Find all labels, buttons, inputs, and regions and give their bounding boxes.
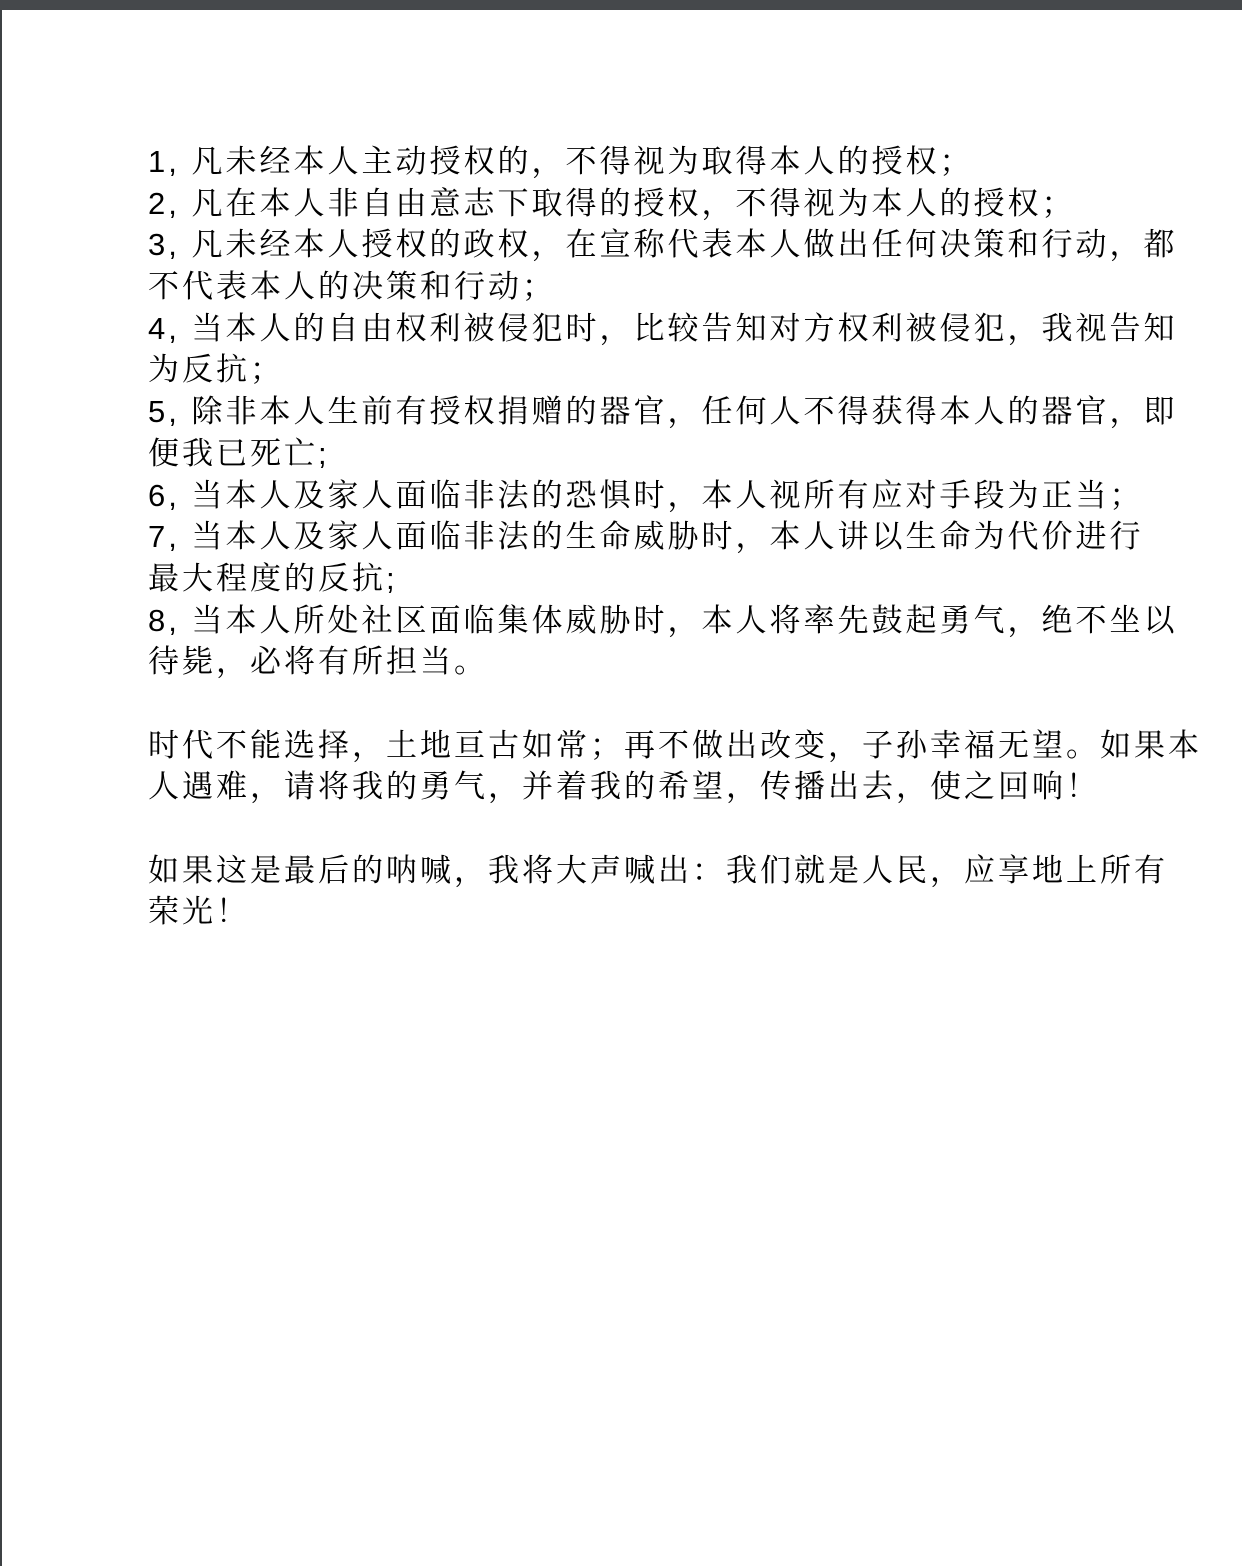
closing-paragraph: 时代不能选择，土地亘古如常；再不做出改变，子孙幸福无望。如果本 人遇难，请将我的… — [148, 725, 1148, 808]
text-line: 时代不能选择，土地亘古如常；再不做出改变，子孙幸福无望。如果本 — [148, 725, 1148, 767]
document-text: 1, 凡未经本人主动授权的，不得视为取得本人的授权； 2, 凡在本人非自由意志下… — [148, 141, 1148, 933]
text-line: 4, 当本人的自由权利被侵犯时，比较告知对方权利被侵犯，我视告知 — [148, 308, 1148, 350]
text-line: 最大程度的反抗; — [148, 558, 1148, 600]
text-line: 6, 当本人及家人面临非法的恐惧时，本人视所有应对手段为正当； — [148, 475, 1148, 517]
text-line: 1, 凡未经本人主动授权的，不得视为取得本人的授权； — [148, 141, 1148, 183]
text-line: 5, 除非本人生前有授权捐赠的器官，任何人不得获得本人的器官，即 — [148, 391, 1148, 433]
text-line: 待毙，必将有所担当。 — [148, 641, 1148, 683]
viewport: 1, 凡未经本人主动授权的，不得视为取得本人的授权； 2, 凡在本人非自由意志下… — [0, 0, 1242, 1566]
document-page: 1, 凡未经本人主动授权的，不得视为取得本人的授权； 2, 凡在本人非自由意志下… — [2, 10, 1242, 1566]
declaration-paragraph: 1, 凡未经本人主动授权的，不得视为取得本人的授权； 2, 凡在本人非自由意志下… — [148, 141, 1148, 683]
text-line: 荣光！ — [148, 891, 1148, 933]
text-line: 3, 凡未经本人授权的政权，在宣称代表本人做出任何决策和行动，都 — [148, 224, 1148, 266]
text-line: 为反抗； — [148, 349, 1148, 391]
final-cry-paragraph: 如果这是最后的呐喊，我将大声喊出：我们就是人民，应享地上所有 荣光！ — [148, 850, 1148, 933]
text-line: 7, 当本人及家人面临非法的生命威胁时，本人讲以生命为代价进行 — [148, 516, 1148, 558]
window-top-bar — [0, 0, 1242, 10]
text-line: 人遇难，请将我的勇气，并着我的希望，传播出去，使之回响！ — [148, 766, 1148, 808]
text-line: 如果这是最后的呐喊，我将大声喊出：我们就是人民，应享地上所有 — [148, 850, 1148, 892]
text-line: 8, 当本人所处社区面临集体威胁时，本人将率先鼓起勇气，绝不坐以 — [148, 600, 1148, 642]
text-line: 便我已死亡; — [148, 433, 1148, 475]
text-line: 2, 凡在本人非自由意志下取得的授权，不得视为本人的授权； — [148, 183, 1148, 225]
text-line: 不代表本人的决策和行动； — [148, 266, 1148, 308]
